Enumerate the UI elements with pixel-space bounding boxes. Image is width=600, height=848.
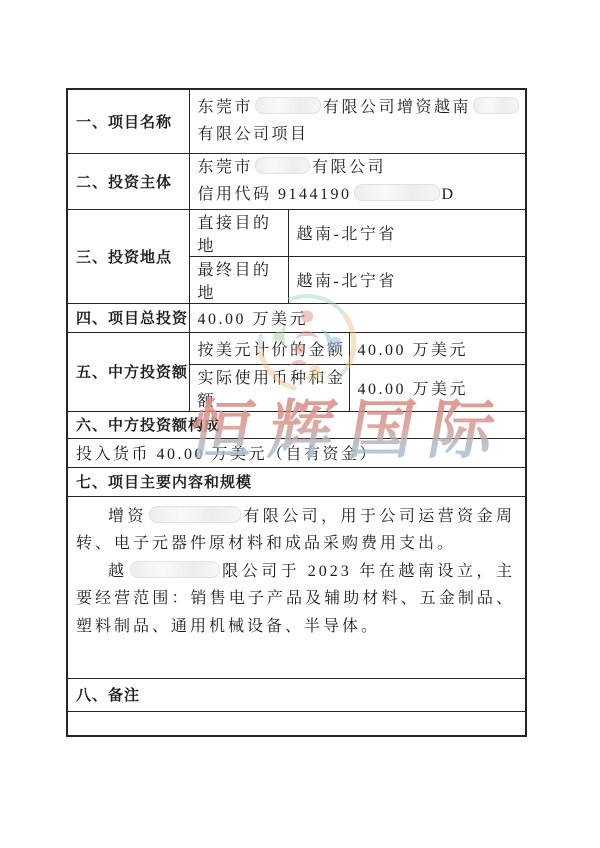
investor-name-text: 东莞市 <box>198 159 254 176</box>
field-value-investor: 东莞市有限公司 信用代码 9144190D <box>189 153 526 209</box>
section-header-composition: 六、中方投资额构成 <box>67 411 526 438</box>
field-label-actual-currency-amount: 实际使用币种和金额 <box>189 364 349 411</box>
field-label-investor: 二、投资主体 <box>67 153 189 209</box>
field-label-final-destination: 最终目的地 <box>189 256 288 303</box>
investment-form-table: 一、项目名称 东莞市有限公司增资越南 有限公司项目 二、投资主体 东莞市有限公司… <box>66 88 527 737</box>
field-value-remarks <box>67 711 526 736</box>
main-content-paragraph: 增资有限公司，用于公司运营资金周转、电子元器件原材料和成品采购费用支出。 <box>76 503 515 558</box>
field-value-composition: 投入货币 40.00 万美元（自有资金） <box>67 438 526 467</box>
project-name-text: 有限公司项目 <box>198 126 309 143</box>
section-header-main-content: 七、项目主要内容和规模 <box>67 467 526 496</box>
field-value-final-destination: 越南-北宁省 <box>288 256 526 303</box>
section-header-remarks: 八、备注 <box>67 678 526 711</box>
redaction <box>354 184 440 201</box>
redaction <box>149 506 241 523</box>
credit-code-text: 信用代码 9144190 <box>198 186 352 203</box>
field-label-direct-destination: 直接目的地 <box>189 209 288 256</box>
field-label-total-investment: 四、项目总投资 <box>67 303 189 332</box>
credit-code-text: D <box>442 186 456 203</box>
field-value-direct-destination: 越南-北宁省 <box>288 209 526 256</box>
main-content-paragraph: 越限公司于 2023 年在越南设立，主要经营范围：销售电子产品及辅助材料、五金制… <box>76 558 515 641</box>
redaction <box>473 97 519 114</box>
project-name-text: 有限公司增资越南 <box>323 99 471 116</box>
field-value-total-investment: 40.00 万美元 <box>189 303 526 332</box>
scanned-form: 一、项目名称 东莞市有限公司增资越南 有限公司项目 二、投资主体 东莞市有限公司… <box>0 0 600 848</box>
field-value-usd-amount: 40.00 万美元 <box>349 332 526 364</box>
field-label-location: 三、投资地点 <box>67 209 189 303</box>
field-value-actual-currency-amount: 40.00 万美元 <box>349 364 526 411</box>
redaction <box>255 157 310 174</box>
field-value-main-content: 增资有限公司，用于公司运营资金周转、电子元器件原材料和成品采购费用支出。 越限公… <box>67 496 526 678</box>
redaction <box>130 561 220 578</box>
paragraph-text: 越 <box>108 563 128 580</box>
field-label-project-name: 一、项目名称 <box>67 89 189 153</box>
paragraph-text: 增资 <box>108 508 147 525</box>
field-value-project-name: 东莞市有限公司增资越南 有限公司项目 <box>189 89 526 153</box>
investor-name-text: 有限公司 <box>312 159 386 176</box>
redaction <box>255 97 321 114</box>
project-name-text: 东莞市 <box>198 99 254 116</box>
field-label-chinese-investment: 五、中方投资额 <box>67 332 189 411</box>
field-label-usd-amount: 按美元计价的金额 <box>189 332 349 364</box>
document-page: { "watermark": { "text": "恒辉国际", "text_c… <box>0 0 600 848</box>
